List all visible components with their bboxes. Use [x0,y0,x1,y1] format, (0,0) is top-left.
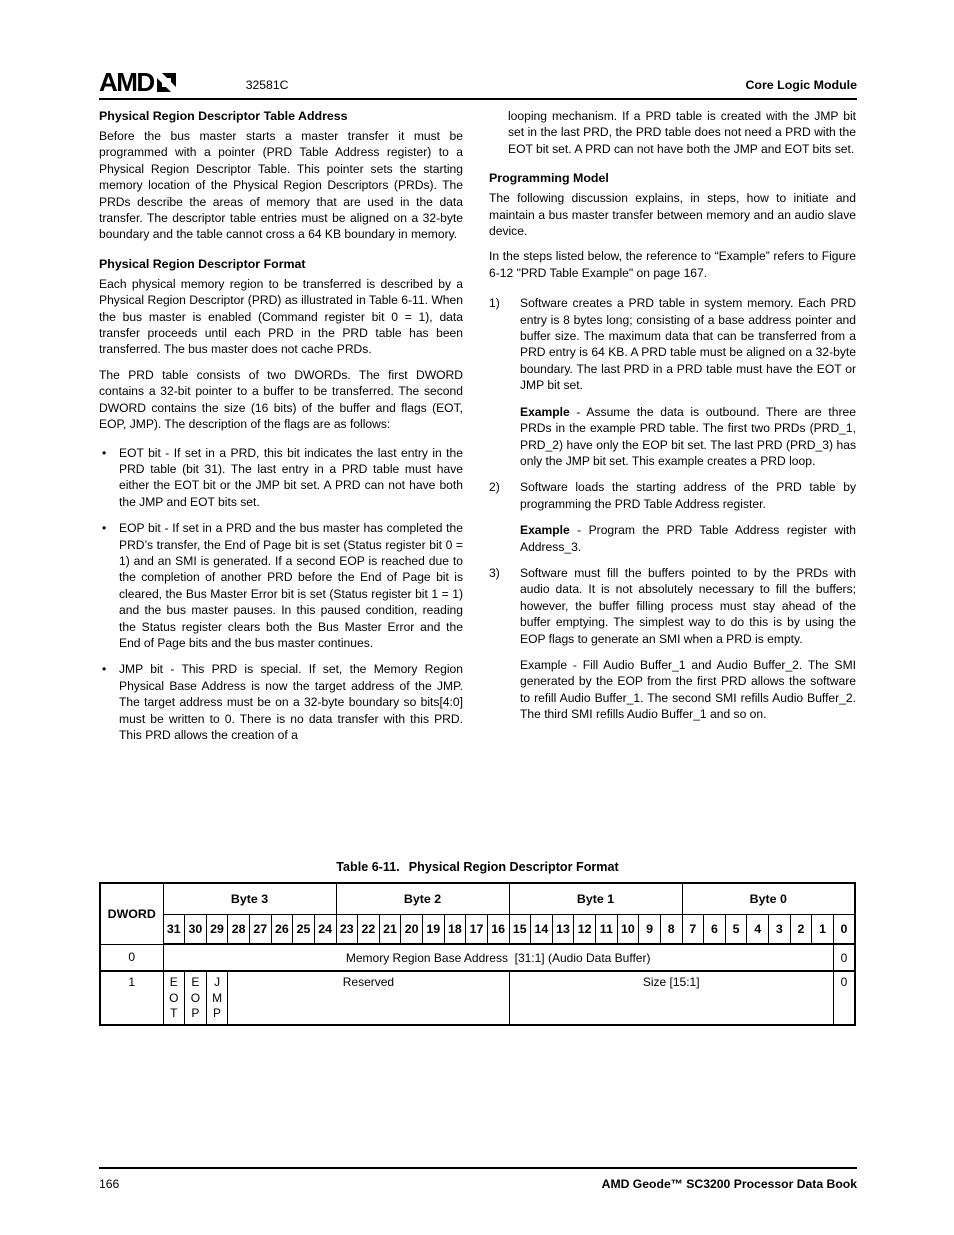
page-number: 166 [99,1177,119,1191]
reserved-cell: Reserved [228,971,509,1025]
section-title: Core Logic Module [745,78,857,92]
example-label: Example [520,523,570,537]
dword1-index: 1 [100,971,163,1025]
example-text: - Assume the data is outbound. There are… [520,405,856,468]
paragraph: Before the bus master starts a master tr… [99,128,463,243]
dword0-index: 0 [100,944,163,971]
example-paragraph: Example - Fill Audio Buffer_1 and Audio … [520,657,856,723]
prd-format-table: DWORD Byte 3 Byte 2 Byte 1 Byte 0 313029… [99,882,856,1026]
step-number: 2) [489,479,500,495]
bit-column-header: 30 [185,914,207,944]
flag-bullet-list: EOT bit - If set in a PRD, this bit indi… [99,445,463,744]
bit-column-header: 28 [228,914,250,944]
bit-column-header: 15 [509,914,531,944]
bit-column-header: 5 [725,914,747,944]
example-text: Example - Fill Audio Buffer_1 and Audio … [520,658,856,721]
bit-column-header: 8 [660,914,682,944]
bit-number-header-row: 3130292827262524232221201918171615141312… [100,914,855,944]
bit-column-header: 1 [812,914,834,944]
amd-logo: AMD [99,72,176,92]
paragraph: The PRD table consists of two DWORDs. Th… [99,367,463,433]
list-item-eot: EOT bit - If set in a PRD, this bit indi… [99,445,463,511]
example-text: - Program the PRD Table Address register… [520,523,856,553]
bit0-value-cell: 0 [833,944,855,971]
heading-prd-format: Physical Region Descriptor Format [99,256,463,272]
bit-column-header: 7 [682,914,704,944]
page-header: AMD 32581C Core Logic Module [99,0,857,92]
table-number: Table 6-11. [336,860,399,874]
bit-column-header: 3 [769,914,791,944]
paragraph: Each physical memory region to be transf… [99,276,463,358]
heading-prd-table-address: Physical Region Descriptor Table Address [99,108,463,124]
bit-column-header: 24 [314,914,336,944]
bit-column-header: 10 [617,914,639,944]
step-item-1: 1) Software creates a PRD table in syste… [489,295,856,469]
size-cell: Size [15:1] [509,971,833,1025]
bit-column-header: 12 [574,914,596,944]
paragraph-continuation: looping mechanism. If a PRD table is cre… [489,108,856,157]
example-label: Example [520,405,570,419]
paragraph: The following discussion explains, in st… [489,190,856,239]
prd-format-table-section: Table 6-11.Physical Region Descriptor Fo… [99,860,856,1026]
bit-column-header: 17 [466,914,488,944]
bit-column-header: 21 [379,914,401,944]
byte-group-header-row: DWORD Byte 3 Byte 2 Byte 1 Byte 0 [100,883,855,914]
header-rule [99,98,857,100]
right-column: looping mechanism. If a PRD table is cre… [489,108,856,753]
amd-arrow-icon [157,73,176,92]
heading-programming-model: Programming Model [489,170,856,186]
list-item-jmp: JMP bit - This PRD is special. If set, t… [99,661,463,743]
byte2-header: Byte 2 [336,883,509,914]
bit-column-header: 29 [206,914,228,944]
bit-column-header: 31 [163,914,185,944]
bit0-value-cell: 0 [833,971,855,1025]
step-number: 1) [489,295,500,311]
bit-column-header: 4 [747,914,769,944]
step-text: Software creates a PRD table in system m… [520,295,856,393]
dword0-row: 0 Memory Region Base Address [31:1] (Aud… [100,944,855,971]
eop-flag-cell: E O P [185,971,207,1025]
page-footer: 166 AMD Geode™ SC3200 Processor Data Boo… [99,1167,857,1191]
table-title: Table 6-11.Physical Region Descriptor Fo… [99,860,856,874]
step-text: Software must fill the buffers pointed t… [520,565,856,647]
byte0-header: Byte 0 [682,883,855,914]
bit-column-header: 16 [487,914,509,944]
bit-column-header: 14 [531,914,553,944]
left-column: Physical Region Descriptor Table Address… [99,108,463,753]
byte3-header: Byte 3 [163,883,336,914]
document-code: 32581C [246,78,289,92]
step-item-2: 2) Software loads the starting address o… [489,479,856,555]
step-number: 3) [489,565,500,581]
list-item-eop: EOP bit - If set in a PRD and the bus ma… [99,520,463,651]
dword-column-header: DWORD [100,883,163,944]
bit-column-header: 23 [336,914,358,944]
step-text: Software loads the starting address of t… [520,479,856,512]
memory-region-base-address-cell: Memory Region Base Address [31:1] (Audio… [163,944,833,971]
bit-column-header: 19 [423,914,445,944]
paragraph: In the steps listed below, the reference… [489,248,856,281]
byte1-header: Byte 1 [509,883,682,914]
bit-column-header: 18 [444,914,466,944]
bit-column-header: 2 [790,914,812,944]
bit-column-header: 11 [596,914,618,944]
bit-column-header: 27 [250,914,272,944]
example-paragraph: Example - Assume the data is outbound. T… [520,404,856,470]
example-paragraph: Example - Program the PRD Table Address … [520,522,856,555]
bit-column-header: 13 [552,914,574,944]
bit-column-header: 20 [401,914,423,944]
book-title: AMD Geode™ SC3200 Processor Data Book [602,1177,857,1191]
step-item-3: 3) Software must fill the buffers pointe… [489,565,856,723]
jmp-flag-cell: J M P [206,971,228,1025]
bit-column-header: 0 [833,914,855,944]
amd-logo-wordmark: AMD [99,72,154,92]
document-page: AMD 32581C Core Logic Module Physical Re… [0,0,954,1235]
bit-column-header: 9 [639,914,661,944]
bit-column-header: 25 [293,914,315,944]
numbered-steps: 1) Software creates a PRD table in syste… [489,295,856,722]
eot-flag-cell: E O T [163,971,185,1025]
dword1-row: 1 E O T E O P J M P Reserved Size [15:1]… [100,971,855,1025]
table-caption: Physical Region Descriptor Format [409,860,619,874]
bit-column-header: 6 [704,914,726,944]
bit-column-header: 22 [358,914,380,944]
body-columns: Physical Region Descriptor Table Address… [99,108,857,753]
bit-column-header: 26 [271,914,293,944]
